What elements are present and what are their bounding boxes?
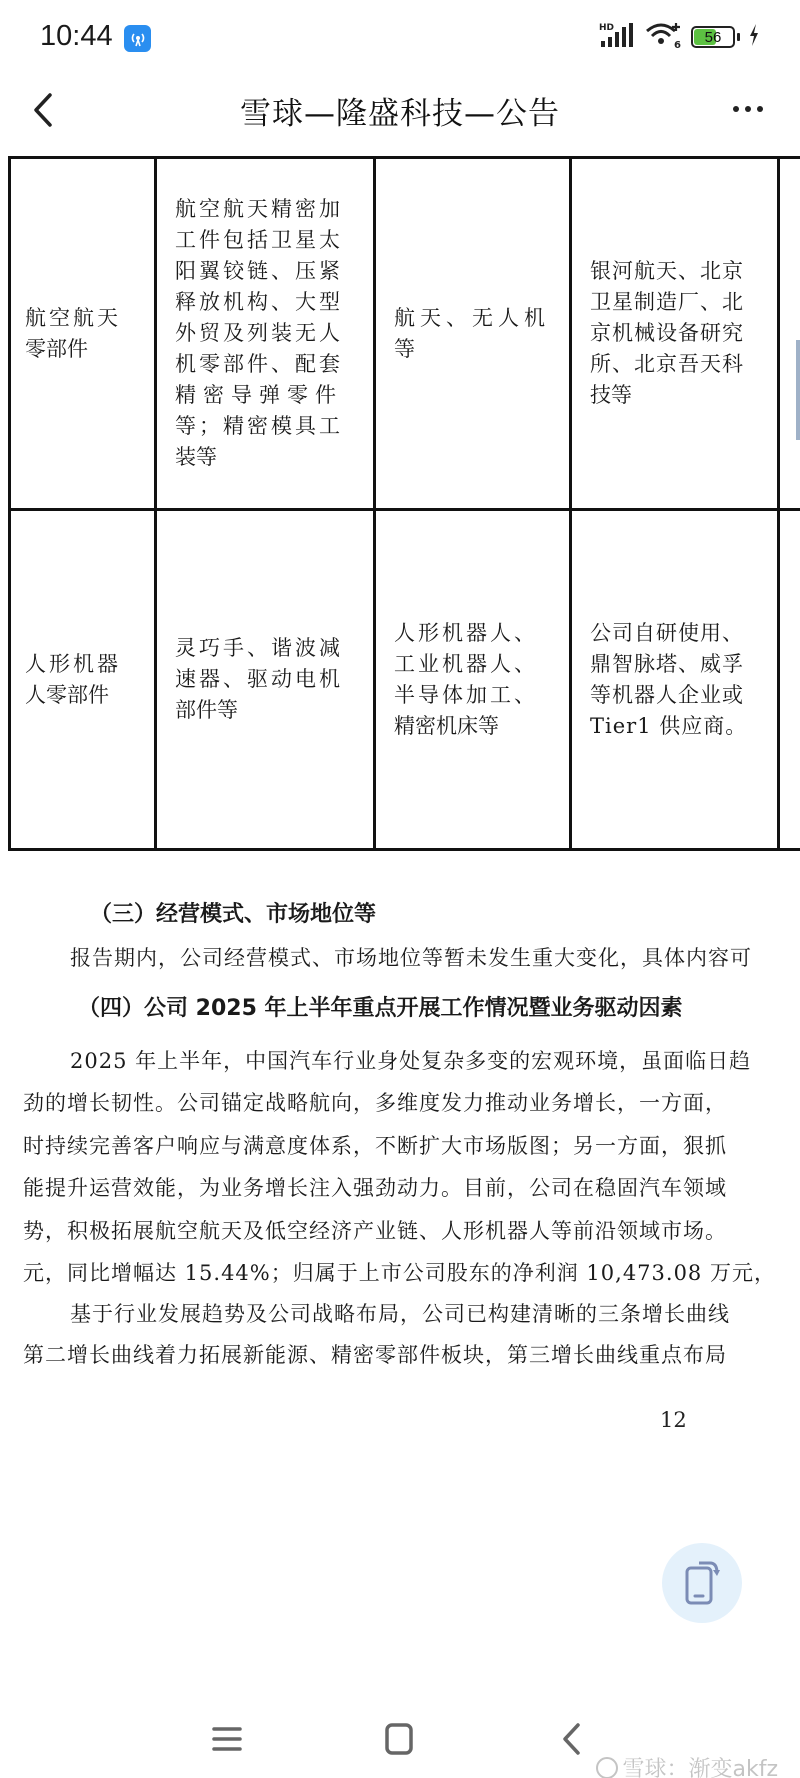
product-table: 航空航天 零部件 航空航天精密加 工件包括卫星太 阳翼铰链、压紧 释放机构、大型… (8, 156, 800, 851)
status-icons: HD 6 56 (599, 22, 760, 52)
table-cell-overflow (779, 510, 800, 850)
cell-text: 卫星制造厂、北 (590, 287, 767, 318)
table-cell-customers: 公司自研使用、 鼎智脉塔、威孚 等机器人企业或 Tier1 供应商。 (571, 510, 779, 850)
table-cell-applications: 航天、无人机 等 (375, 158, 571, 510)
cell-text: 精密机床等 (394, 711, 559, 742)
battery-icon: 56 (691, 26, 735, 48)
cell-text: 等；精密模具工 (175, 411, 363, 442)
cell-text: 精密导弹零件 (175, 380, 363, 411)
signal-icon: HD (599, 21, 637, 53)
wifi-icon: 6 (645, 21, 683, 53)
cell-text: 等 (394, 334, 559, 365)
cell-text: 工业机器人、 (394, 649, 559, 680)
cell-text: 阳翼铰链、压紧 (175, 256, 363, 287)
table-cell-segment: 人形机器 人零部件 (10, 510, 156, 850)
more-options-button[interactable] (726, 94, 770, 124)
cell-text: 灵巧手、谐波减 (175, 633, 363, 664)
paragraph-line: 时持续完善客户响应与满意度体系，不断扩大市场版图；另一方面，狠抓 (0, 1130, 800, 1160)
table-cell-overflow (779, 158, 800, 510)
cell-text: 等机器人企业或 (590, 680, 767, 711)
section-body-business-model: 报告期内，公司经营模式、市场地位等暂未发生重大变化，具体内容可 (0, 942, 800, 972)
cell-text: 部件等 (175, 695, 363, 726)
table-row: 航空航天 零部件 航空航天精密加 工件包括卫星太 阳翼铰链、压紧 释放机构、大型… (10, 158, 800, 510)
status-bar: 10:44 HD 6 56 (0, 0, 800, 72)
section-heading-key-work: （四）公司 2025 年上半年重点开展工作情况暨业务驱动因素 (0, 991, 800, 1022)
cell-text: 工件包括卫星太 (175, 225, 363, 256)
cell-text: 公司自研使用、 (590, 618, 767, 649)
paragraph-line: 元，同比增幅达 15.44%；归属于上市公司股东的净利润 10,473.08 万… (0, 1257, 800, 1287)
cell-text: 释放机构、大型 (175, 287, 363, 318)
svg-text:HD: HD (599, 23, 614, 33)
battery-tip (737, 33, 740, 41)
cell-text: 人形机器人、 (394, 618, 559, 649)
cell-text: 银河航天、北京 (590, 256, 767, 287)
watermark-text: 雪球：渐变akfz (622, 1752, 778, 1778)
cell-text: 半导体加工、 (394, 680, 559, 711)
cell-text: 零部件 (25, 334, 144, 365)
back-icon (558, 1722, 588, 1756)
svg-text:6: 6 (674, 40, 681, 49)
charging-icon (748, 23, 760, 51)
more-dot (745, 106, 751, 112)
paragraph-line: 劲的增长韧性。公司锚定战略航向，多维度发力推动业务增长，一方面， (0, 1087, 800, 1117)
table-cell-products: 灵巧手、谐波减 速器、驱动电机 部件等 (156, 510, 375, 850)
xueqiu-logo-icon (596, 1757, 618, 1778)
status-time: 10:44 (40, 20, 113, 53)
cell-text: 外贸及列装无人 (175, 318, 363, 349)
table-cell-customers: 银河航天、北京 卫星制造厂、北 京机械设备研究 所、北京吾天科 技等 (571, 158, 779, 510)
menu-icon (212, 1724, 242, 1754)
cell-text: 所、北京吾天科 (590, 349, 767, 380)
cell-text: 鼎智脉塔、威孚 (590, 649, 767, 680)
table-cell-applications: 人形机器人、 工业机器人、 半导体加工、 精密机床等 (375, 510, 571, 850)
cell-text: 装等 (175, 442, 363, 473)
cell-text: 航空航天 (25, 303, 144, 334)
cell-text: 技等 (590, 380, 767, 411)
home-icon (384, 1722, 414, 1756)
cell-text: 人形机器 (25, 649, 144, 680)
watermark: 雪球：渐变akfz (596, 1752, 778, 1778)
app-header: 雪球—隆盛科技—公告 (0, 72, 800, 148)
page-number: 12 (660, 1408, 687, 1432)
system-nav-bar: 雪球：渐变akfz (0, 1700, 800, 1778)
screen-rotate-icon (682, 1559, 722, 1607)
nav-home-button[interactable] (374, 1714, 424, 1764)
nav-back-button[interactable] (548, 1714, 598, 1764)
page-title: 雪球—隆盛科技—公告 (0, 88, 800, 133)
paragraph-line: 势，积极拓展航空航天及低空经济产业链、人形机器人等前沿领域市场。 (0, 1215, 800, 1245)
table-cell-segment: 航空航天 零部件 (10, 158, 156, 510)
table-cell-products: 航空航天精密加 工件包括卫星太 阳翼铰链、压紧 释放机构、大型 外贸及列装无人 … (156, 158, 375, 510)
paragraph-line: 2025 年上半年，中国汽车行业身处复杂多变的宏观环境，虽面临日趋 (0, 1045, 800, 1075)
paragraph-line: 能提升运营效能，为业务增长注入强劲动力。目前，公司在稳固汽车领域 (0, 1172, 800, 1202)
table-row: 人形机器 人零部件 灵巧手、谐波减 速器、驱动电机 部件等 人形机器人、 工业机… (10, 510, 800, 850)
paragraph-line: 第二增长曲线着力拓展新能源、精密零部件板块，第三增长曲线重点布局 (0, 1339, 800, 1369)
cell-text: 航空航天精密加 (175, 194, 363, 225)
cell-text: 航天、无人机 (394, 303, 559, 334)
rotate-screen-button[interactable] (662, 1543, 742, 1623)
more-horizontal-icon (733, 106, 739, 112)
cell-text: 机零部件、配套 (175, 349, 363, 380)
nav-menu-button[interactable] (202, 1714, 252, 1764)
cell-text: 京机械设备研究 (590, 318, 767, 349)
more-dot (757, 106, 763, 112)
cell-text: Tier1 供应商。 (590, 711, 767, 742)
cell-text: 人零部件 (25, 680, 144, 711)
side-panel-edge (796, 340, 800, 440)
hotspot-icon (124, 25, 151, 52)
cell-text: 速器、驱动电机 (175, 664, 363, 695)
section-heading-business-model: （三）经营模式、市场地位等 (0, 897, 800, 928)
paragraph-line: 基于行业发展趋势及公司战略布局，公司已构建清晰的三条增长曲线 (0, 1298, 800, 1328)
